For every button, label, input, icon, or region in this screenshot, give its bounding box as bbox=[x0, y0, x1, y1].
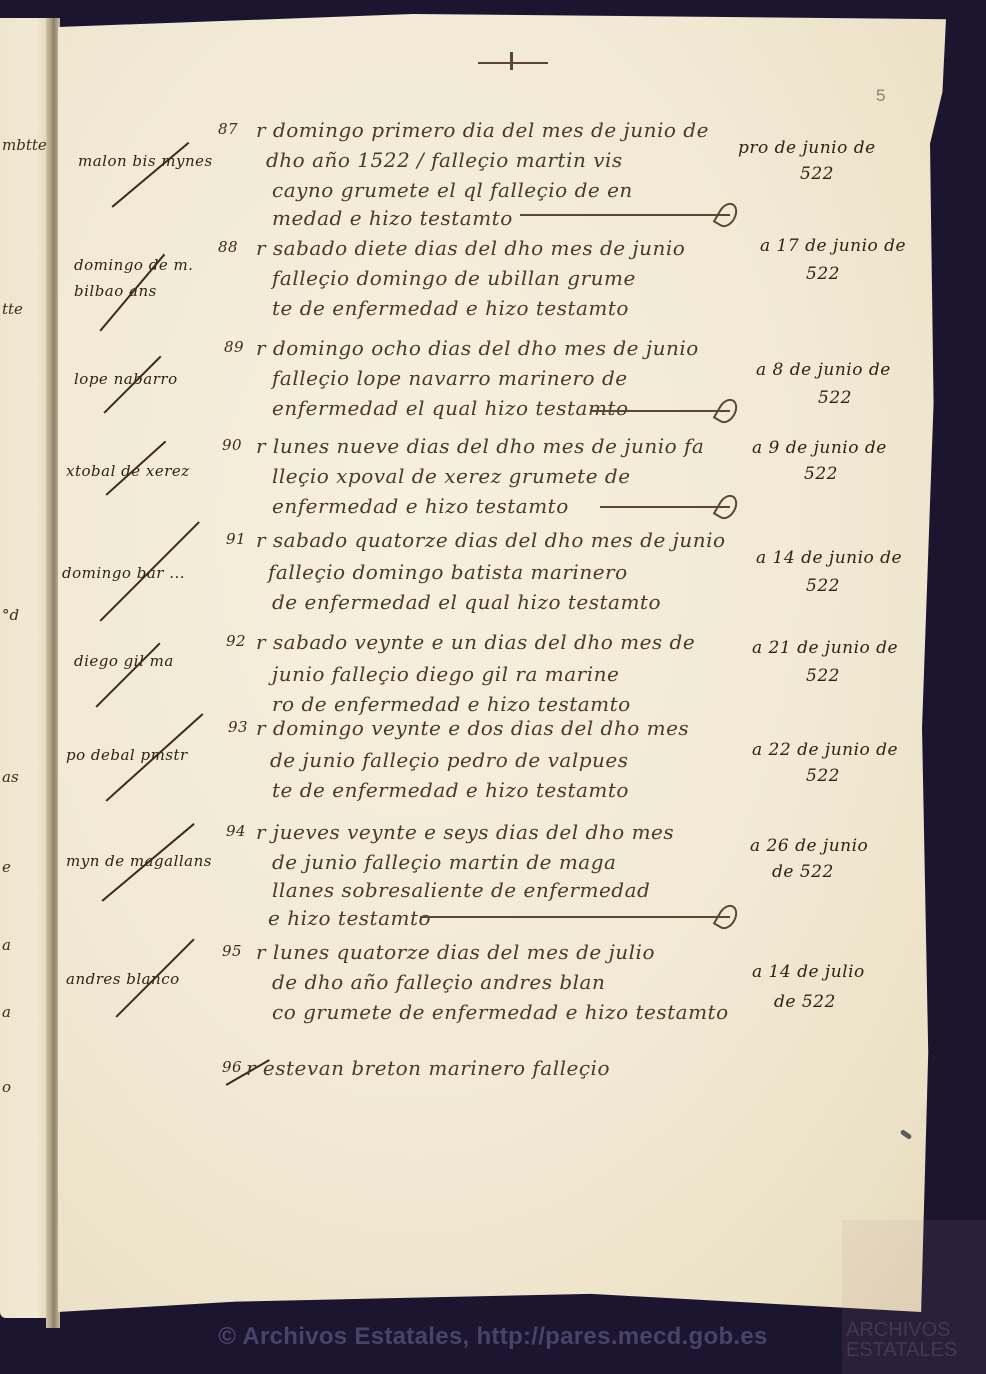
entry-line: falleçio domingo de ubillan grume bbox=[272, 266, 636, 290]
line-flourish bbox=[600, 506, 730, 508]
page-number: 5 bbox=[876, 86, 885, 106]
date-note: a 9 de junio de bbox=[752, 438, 887, 458]
left-facing-page: mbtte tte °d as e a a o bbox=[0, 18, 52, 1318]
entry-line: r domingo ocho dias del dho mes de junio bbox=[256, 336, 699, 360]
copyright-watermark: © Archivos Estatales, http://pares.mecd.… bbox=[0, 1323, 986, 1351]
date-note-year: de 522 bbox=[774, 992, 836, 1012]
margin-name: diego gil ma bbox=[74, 652, 174, 670]
entry-line: te de enfermedad e hizo testamto bbox=[272, 296, 629, 320]
cross-horizontal-stroke bbox=[478, 62, 548, 64]
left-page-fragment: o bbox=[2, 1078, 11, 1096]
top-cross-mark bbox=[478, 52, 548, 72]
entry-line: r lunes quatorze dias del mes de julio bbox=[256, 940, 655, 964]
entry-line: r lunes nueve dias del dho mes de junio … bbox=[256, 434, 704, 458]
entry-line: de junio falleçio pedro de valpues bbox=[270, 748, 629, 772]
date-note-year: 522 bbox=[804, 464, 838, 484]
line-flourish bbox=[420, 916, 730, 918]
entry-line: enfermedad e hizo testamto bbox=[272, 494, 569, 518]
entry-number: 89 bbox=[224, 338, 244, 356]
date-note-year: 522 bbox=[806, 766, 840, 786]
entry-line: falleçio domingo batista marinero bbox=[268, 560, 628, 584]
line-flourish bbox=[520, 214, 730, 216]
margin-name: lope nabarro bbox=[74, 370, 178, 388]
date-note: a 14 de junio de bbox=[756, 548, 902, 568]
date-note-year: 522 bbox=[800, 164, 834, 184]
entry-line: r sabado veynte e un dias del dho mes de bbox=[256, 630, 695, 654]
entry-line: te de enfermedad e hizo testamto bbox=[272, 778, 629, 802]
entry-number: 96 bbox=[222, 1058, 242, 1076]
left-page-fragment: tte bbox=[2, 300, 23, 318]
entry-number: 95 bbox=[222, 942, 242, 960]
entry-line: medad e hizo testamto bbox=[272, 206, 513, 230]
entry-line: llanes sobresaliente de enfermedad bbox=[272, 878, 650, 902]
date-note-year: 522 bbox=[806, 666, 840, 686]
date-note-year: 522 bbox=[818, 388, 852, 408]
entry-number: 92 bbox=[226, 632, 246, 650]
date-note: a 8 de junio de bbox=[756, 360, 891, 380]
entry-line: junio falleçio diego gil ra marine bbox=[272, 662, 619, 686]
margin-name: andres blanco bbox=[66, 970, 180, 988]
entry-line: e hizo testamto bbox=[268, 906, 431, 930]
line-flourish bbox=[590, 410, 730, 412]
left-page-fragment: e bbox=[2, 858, 11, 876]
date-note: pro de junio de bbox=[738, 138, 876, 158]
date-note: a 14 de julio bbox=[752, 962, 865, 982]
date-note-year: 522 bbox=[806, 576, 840, 596]
left-page-fragment: as bbox=[2, 768, 19, 786]
cross-vertical-stroke bbox=[510, 52, 513, 70]
entry-line: dho año 1522 / falleçio martin vis bbox=[266, 148, 623, 172]
entry-line: co grumete de enfermedad e hizo testamto bbox=[272, 1000, 729, 1024]
left-page-fragment: a bbox=[2, 936, 11, 954]
book-gutter bbox=[46, 18, 60, 1328]
date-note-year: de 522 bbox=[772, 862, 834, 882]
entry-number: 90 bbox=[222, 436, 242, 454]
entry-line: r sabado quatorze dias del dho mes de ju… bbox=[256, 528, 726, 552]
entry-line: de dho año falleçio andres blan bbox=[272, 970, 605, 994]
entry-line: r sabado diete dias del dho mes de junio bbox=[256, 236, 685, 260]
entry-line: r domingo veynte e dos dias del dho mes bbox=[256, 716, 689, 740]
left-page-fragment: mbtte bbox=[2, 136, 47, 154]
entry-line: lleçio xpoval de xerez grumete de bbox=[272, 464, 631, 488]
date-note: a 17 de junio de bbox=[760, 236, 906, 256]
margin-name: xtobal de xerez bbox=[66, 462, 190, 480]
entry-line: de enfermedad el qual hizo testamto bbox=[272, 590, 661, 614]
entry-number: 93 bbox=[228, 718, 248, 736]
entry-line: r domingo primero dia del mes de junio d… bbox=[256, 118, 709, 142]
date-note: a 22 de junio de bbox=[752, 740, 898, 760]
left-page-fragment: a bbox=[2, 1003, 11, 1021]
entry-line: r estevan breton marinero falleçio bbox=[246, 1056, 610, 1080]
entry-number: 94 bbox=[226, 822, 246, 840]
margin-name: malon bis mynes bbox=[78, 152, 213, 170]
margin-name: po debal pmstr bbox=[66, 746, 188, 764]
date-note: a 21 de junio de bbox=[752, 638, 898, 658]
entry-number: 91 bbox=[226, 530, 246, 548]
entry-line: de junio falleçio martin de maga bbox=[272, 850, 616, 874]
entry-line: cayno grumete el ql falleçio de en bbox=[272, 178, 633, 202]
entry-number: 87 bbox=[218, 120, 238, 138]
entry-line: r jueves veynte e seys dias del dho mes bbox=[256, 820, 674, 844]
left-page-fragment: °d bbox=[2, 606, 19, 624]
entry-line: enfermedad el qual hizo testamto bbox=[272, 396, 629, 420]
entry-number: 88 bbox=[218, 238, 238, 256]
entry-line: falleçio lope navarro marinero de bbox=[272, 366, 628, 390]
date-note: a 26 de junio bbox=[750, 836, 868, 856]
margin-name: domingo bar ... bbox=[62, 564, 185, 582]
date-note-year: 522 bbox=[806, 264, 840, 284]
entry-line: ro de enfermedad e hizo testamto bbox=[272, 692, 631, 716]
